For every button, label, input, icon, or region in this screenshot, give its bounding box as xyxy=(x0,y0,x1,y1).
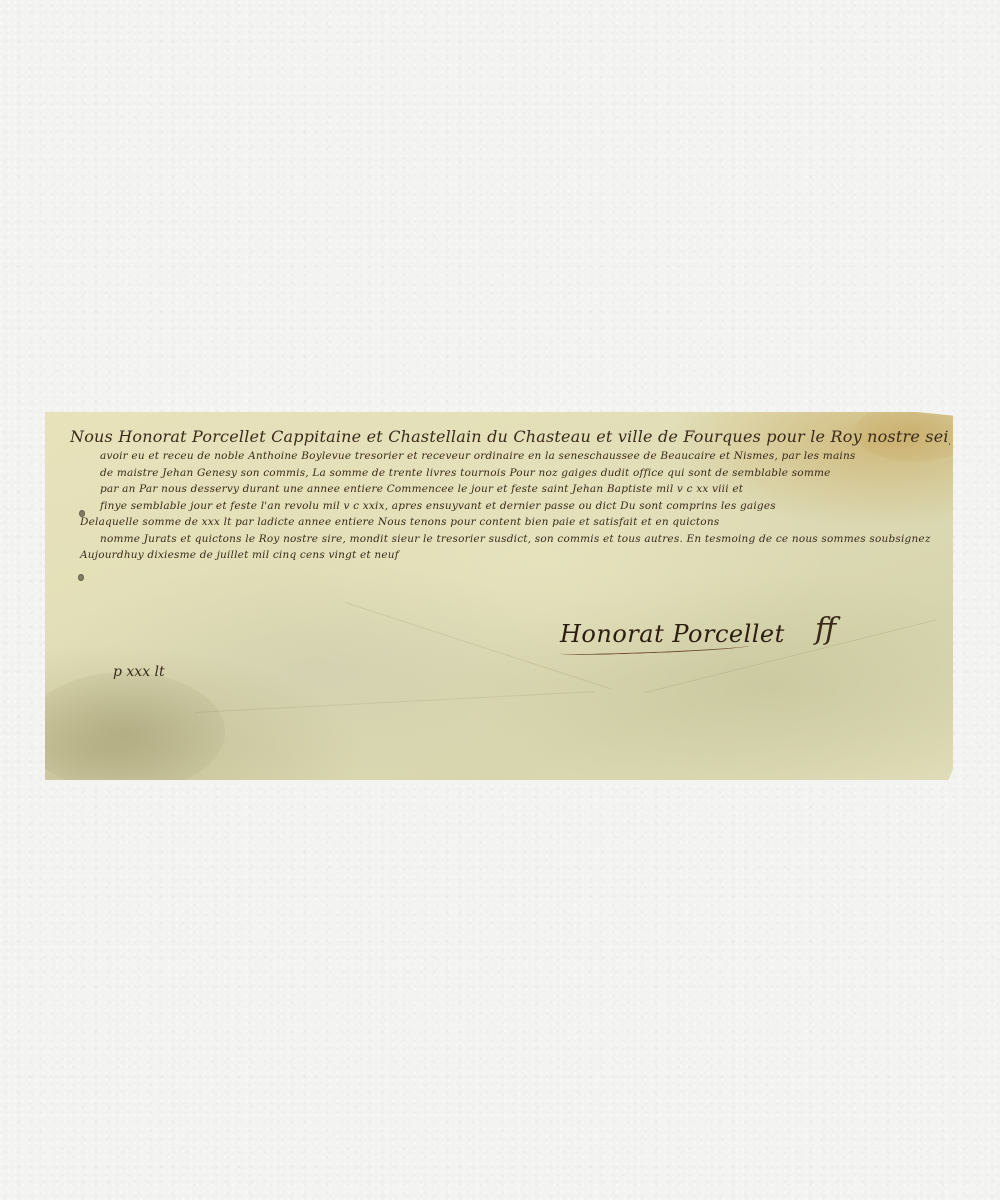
signature-mark: ff xyxy=(815,612,836,647)
manuscript-line: Aujourdhuy dixiesme de juillet mil cinq … xyxy=(70,547,950,564)
paper-mount-background: Nous Honorat Porcellet Cappitaine et Cha… xyxy=(0,0,1000,1200)
manuscript-text: Nous Honorat Porcellet Cappitaine et Cha… xyxy=(70,426,950,564)
signature: Honorat Porcellet xyxy=(560,620,785,648)
parchment-document: Nous Honorat Porcellet Cappitaine et Cha… xyxy=(45,412,953,780)
punch-hole xyxy=(78,574,84,581)
manuscript-line: par an Par nous desservy durant une anne… xyxy=(70,481,950,498)
manuscript-line: Delaquelle somme de xxx lt par ladicte a… xyxy=(70,514,950,531)
manuscript-line: finye semblable jour et feste l'an revol… xyxy=(70,498,950,515)
manuscript-line: avoir eu et receu de noble Anthoine Boyl… xyxy=(70,448,950,465)
manuscript-line: nomme Jurats et quictons le Roy nostre s… xyxy=(70,531,950,548)
manuscript-line: de maistre Jehan Genesy son commis, La s… xyxy=(70,465,950,482)
manuscript-line: Nous Honorat Porcellet Cappitaine et Cha… xyxy=(70,426,950,448)
margin-note: p xxx lt xyxy=(113,664,165,680)
age-stain xyxy=(25,672,225,792)
fold-crease xyxy=(195,691,595,713)
